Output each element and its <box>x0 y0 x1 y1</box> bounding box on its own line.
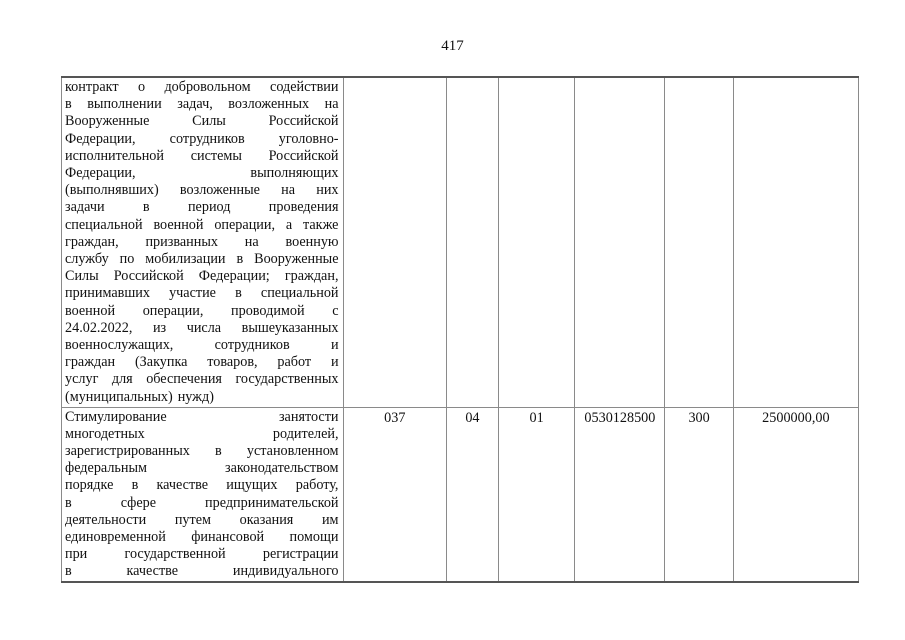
description-line: деятельностипутемоказанияим <box>65 512 339 529</box>
description-line: службупомобилизациивВооруженные <box>65 251 339 268</box>
description-line: многодетныхродителей, <box>65 426 339 443</box>
table-row: Стимулированиезанятостимногодетныхродите… <box>62 407 859 582</box>
cell-ministry <box>343 77 447 407</box>
description-line: (выполнявших)возложенныенаних <box>65 182 339 199</box>
cell-description: Стимулированиезанятостимногодетныхродите… <box>62 407 344 582</box>
description-line: СилыРоссийскойФедерации;граждан, <box>65 268 339 285</box>
description-line: Стимулированиезанятости <box>65 409 339 426</box>
description-line: контрактодобровольномсодействии <box>65 79 339 96</box>
description-line: порядкевкачествеищущихработу, <box>65 477 339 494</box>
description-line: всферепредпринимательской <box>65 495 339 512</box>
description-line: пригосударственнойрегистрации <box>65 546 339 563</box>
description-line: (муниципальных)нужд) <box>65 389 339 406</box>
description-line: исполнительнойсистемыРоссийской <box>65 148 339 165</box>
cell-expense-type <box>665 77 733 407</box>
cell-subsection <box>498 77 575 407</box>
cell-target-article <box>575 77 665 407</box>
cell-description: контрактодобровольномсодействииввыполнен… <box>62 77 344 407</box>
description-line: военнослужащих,сотрудникови <box>65 337 339 354</box>
cell-target-article: 0530128500 <box>575 407 665 582</box>
description-line: военнойоперации,проводимойс <box>65 303 339 320</box>
description-line: граждан,призванныхнавоенную <box>65 234 339 251</box>
description-line: граждан(Закупкатоваров,работи <box>65 354 339 371</box>
cell-amount <box>733 77 858 407</box>
cell-amount: 2500000,00 <box>733 407 858 582</box>
description-line: вкачествеиндивидуального <box>65 563 339 580</box>
description-line: услугдляобеспечениягосударственных <box>65 371 339 388</box>
cell-expense-type: 300 <box>665 407 733 582</box>
description-line: федеральнымзаконодательством <box>65 460 339 477</box>
cell-section: 04 <box>447 407 499 582</box>
description-line: принимавшихучастиевспециальной <box>65 285 339 302</box>
description-line: ВооруженныеСилыРоссийской <box>65 113 339 130</box>
description-line: единовременнойфинансовойпомощи <box>65 529 339 546</box>
description-line: Федерации,выполняющих <box>65 165 339 182</box>
budget-table: контрактодобровольномсодействииввыполнен… <box>61 76 859 583</box>
page-number: 417 <box>0 38 905 55</box>
description-line: задачивпериодпроведения <box>65 199 339 216</box>
table-row: контрактодобровольномсодействииввыполнен… <box>62 77 859 407</box>
description-line: 24.02.2022,изчиславышеуказанных <box>65 320 339 337</box>
description-line: Федерации,сотрудниковуголовно- <box>65 131 339 148</box>
description-line: зарегистрированныхвустановленном <box>65 443 339 460</box>
cell-subsection: 01 <box>498 407 575 582</box>
cell-section <box>447 77 499 407</box>
description-line: специальнойвоеннойоперации,атакже <box>65 217 339 234</box>
description-line: ввыполнениизадач,возложенныхна <box>65 96 339 113</box>
cell-ministry: 037 <box>343 407 447 582</box>
